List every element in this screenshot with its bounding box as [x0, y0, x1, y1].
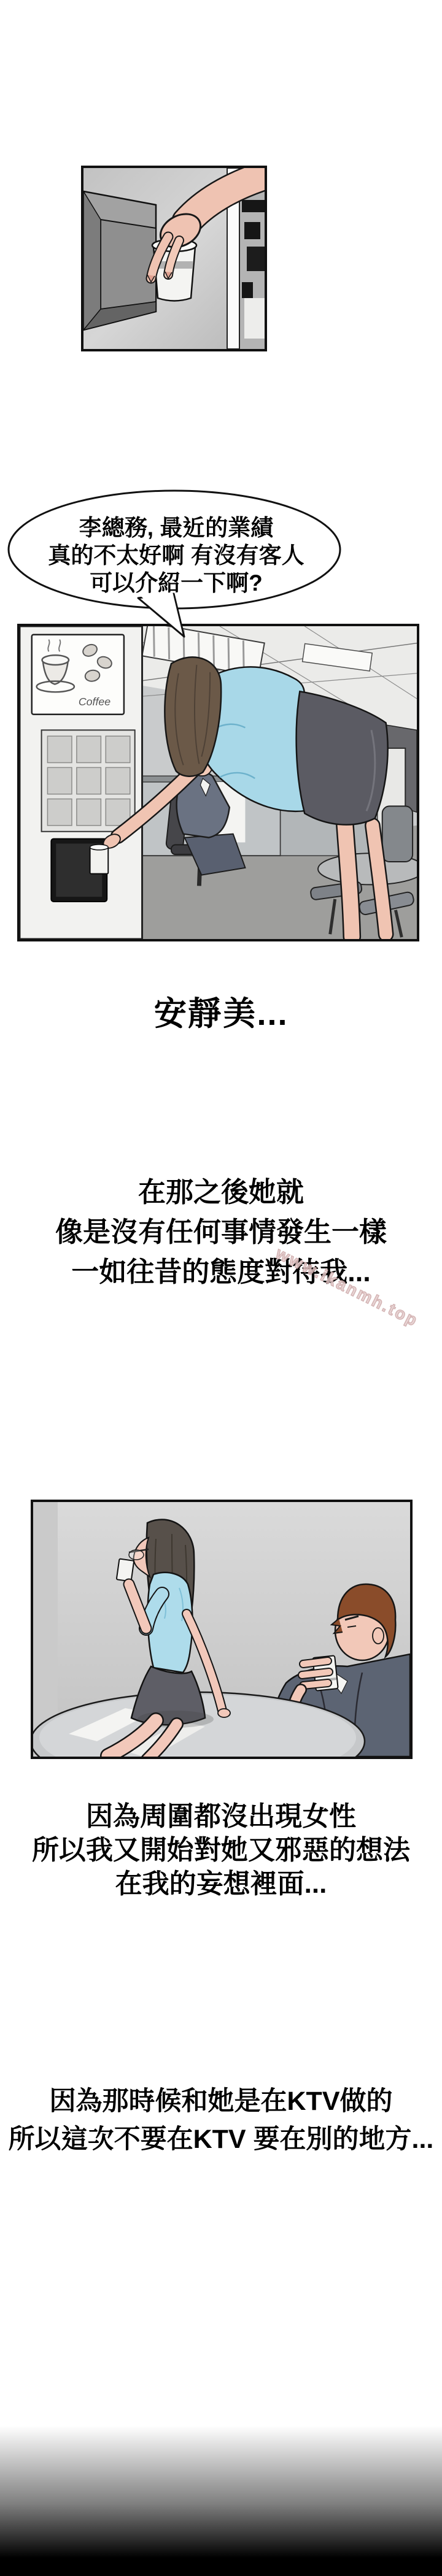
panel-break-table-art [33, 1502, 410, 1757]
narration-line: 在那之後她就 [0, 1172, 442, 1212]
panel-break-table [31, 1500, 413, 1759]
narration-line: 在我的妄想裡面... [0, 1867, 442, 1901]
ear [373, 1628, 384, 1644]
comic-page: 李總務, 最近的業績 真的不太好啊 有沒有客人 可以介紹一下啊? [0, 0, 442, 2576]
page-bottom-fade [0, 2426, 442, 2576]
narration-after-incident: 在那之後她就 像是沒有任何事情發生一樣 一如往昔的態度對待我... [0, 1172, 442, 1292]
narration-line: 一如往昔的態度對待我... [0, 1252, 442, 1292]
panel-hand-taking-cup [81, 166, 267, 351]
caption-character-name: 安靜美... [0, 997, 442, 1031]
glasses-lens [129, 1550, 144, 1560]
coffee-sign-label: Coffee [79, 696, 111, 708]
speech-bubble-line: 李總務, 最近的業績 [10, 514, 342, 542]
womans-cup [117, 1558, 134, 1581]
narration-line: 因為那時候和她是在KTV做的 [0, 2082, 442, 2120]
narration-fantasy: 因為周圍都沒出現女性 所以我又開始對她又邪惡的想法 在我的妄想裡面... [0, 1800, 442, 1901]
cup-in-dispenser [90, 845, 109, 874]
panel-office-coffee-corner: Coffee [17, 624, 419, 941]
dispenser-alcove [83, 191, 156, 330]
coffee-machine: Coffee [20, 626, 142, 939]
speech-bubble-text: 李總務, 最近的業績 真的不太好啊 有沒有客人 可以介紹一下啊? [10, 514, 342, 597]
panel-hand-taking-cup-art [83, 168, 265, 349]
narration-line: 所以這次不要在KTV 要在別的地方... [0, 2120, 442, 2158]
narration-line: 像是沒有任何事情發生一樣 [0, 1212, 442, 1252]
panel-office-art: Coffee [20, 626, 417, 939]
narration-ktv: 因為那時候和她是在KTV做的 所以這次不要在KTV 要在別的地方... [0, 2082, 442, 2158]
selection-buttons [42, 730, 135, 831]
speech-bubble-line: 可以介紹一下啊? [10, 569, 342, 597]
narration-line: 所以我又開始對她又邪惡的想法 [0, 1833, 442, 1867]
coffee-sign: Coffee [32, 635, 124, 715]
speech-bubble-line: 真的不太好啊 有沒有客人 [10, 542, 342, 569]
narration-line: 因為周圍都沒出現女性 [0, 1800, 442, 1833]
